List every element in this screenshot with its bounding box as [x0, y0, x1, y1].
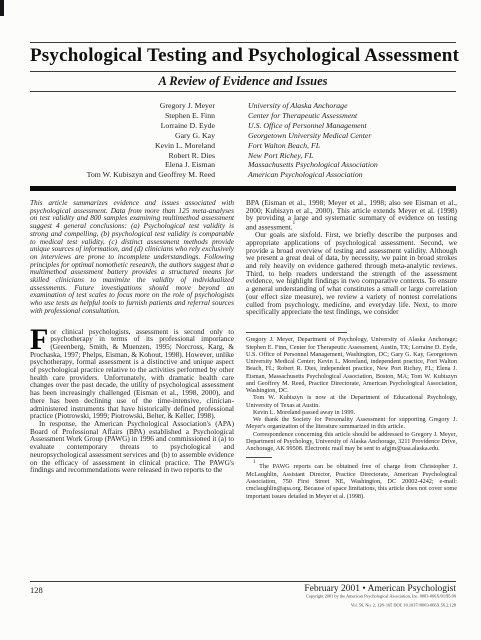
author-name: Gary G. Kay — [30, 131, 215, 141]
footnote-reference-marker: 1 — [293, 221, 296, 226]
author-note-paragraph: Gregory J. Meyer, Department of Psycholo… — [246, 336, 457, 394]
copyright-line-1: Copyright 2001 by the American Psycholog… — [192, 594, 456, 599]
author-note-paragraph: Tom W. Kubiszyn is now at the Department… — [246, 394, 457, 409]
author-affiliation: University of Alaska Anchorage — [248, 101, 456, 111]
footnote-block: 1 The PAWG reports can be obtained free … — [246, 457, 457, 499]
right-column: BPA (Eisman et al., 1998; Meyer et al., … — [246, 199, 457, 579]
footnote-text: 1 The PAWG reports can be obtained free … — [246, 461, 457, 499]
author-name: Kevin L. Moreland — [30, 141, 215, 151]
journal-article-page: Psychological Testing and Psychological … — [0, 0, 481, 640]
abstract-text: This article summarizes evidence and iss… — [30, 199, 234, 315]
header-divider-bar — [30, 186, 456, 191]
journal-issue-line: February 2001 • American Psychologist — [30, 584, 456, 594]
author-note: Gregory J. Meyer, Department of Psycholo… — [246, 332, 457, 453]
body-paragraph-2: In response, the American Psychological … — [30, 420, 234, 474]
scan-artifact — [0, 0, 4, 16]
footer-rule — [30, 581, 456, 582]
left-column: This article summarizes evidence and iss… — [30, 199, 234, 579]
footnote-marker: 1 — [253, 460, 256, 465]
author-note-paragraph: Kevin L. Moreland passed away in 1999. — [246, 409, 457, 416]
author-note-paragraph: Correspondence concerning this article s… — [246, 431, 457, 453]
author-name: Tom W. Kubiszyn and Geoffrey M. Reed — [30, 170, 215, 180]
author-affiliations-column: University of Alaska Anchorage Center fo… — [248, 101, 456, 180]
author-note-rule — [246, 332, 347, 333]
copyright-line-2: Vol. 56, No. 2, 128–165 DOI: 10.1037//00… — [192, 603, 456, 608]
article-subtitle: A Review of Evidence and Issues — [30, 74, 456, 89]
title-top-rule — [30, 42, 456, 43]
author-affiliation: New Port Richey, FL — [248, 151, 456, 161]
body-paragraph-1: For clinical psychologists, assessment i… — [30, 328, 234, 420]
author-affiliation: Fort Walton Beach, FL — [248, 141, 456, 151]
author-name: Lorraine D. Eyde — [30, 121, 215, 131]
author-name: Gregory J. Meyer — [30, 101, 215, 111]
page-title: Psychological Testing and Psychological … — [30, 45, 456, 67]
dropcap-letter: F — [30, 328, 50, 350]
subtitle-bottom-rule — [30, 91, 456, 92]
footnote-rule — [246, 457, 272, 458]
body-paragraph-1-text: or clinical psychologists, assessment is… — [30, 327, 234, 421]
author-affiliation: Georgetown University Medical Center — [248, 131, 456, 141]
body-paragraph-3-text: BPA (Eisman et al., 1998; Meyer et al., … — [246, 199, 457, 232]
author-name: Robert R. Dies — [30, 151, 215, 161]
title-bottom-rule — [30, 71, 456, 72]
footnote-body: The PAWG reports can be obtained free of… — [246, 464, 457, 500]
author-affiliation: Center for Therapeutic Assessment — [248, 111, 456, 121]
author-note-paragraph: We thank the Society for Personality Ass… — [246, 416, 457, 431]
author-name: Elena J. Eisman — [30, 160, 215, 170]
author-names-column: Gregory J. Meyer Stephen E. Finn Lorrain… — [30, 101, 215, 180]
body-paragraph-3: BPA (Eisman et al., 1998; Meyer et al., … — [246, 199, 457, 231]
body-paragraph-4: Our goals are sixfold. First, we briefly… — [246, 231, 457, 316]
footer-right-block: February 2001 • American Psychologist Co… — [30, 584, 456, 611]
author-affiliation: American Psychological Association — [248, 170, 456, 180]
author-affiliation: Massachusetts Psychological Association — [248, 160, 456, 170]
author-name: Stephen E. Finn — [30, 111, 215, 121]
author-affiliation: U.S. Office of Personnel Management — [248, 121, 456, 131]
